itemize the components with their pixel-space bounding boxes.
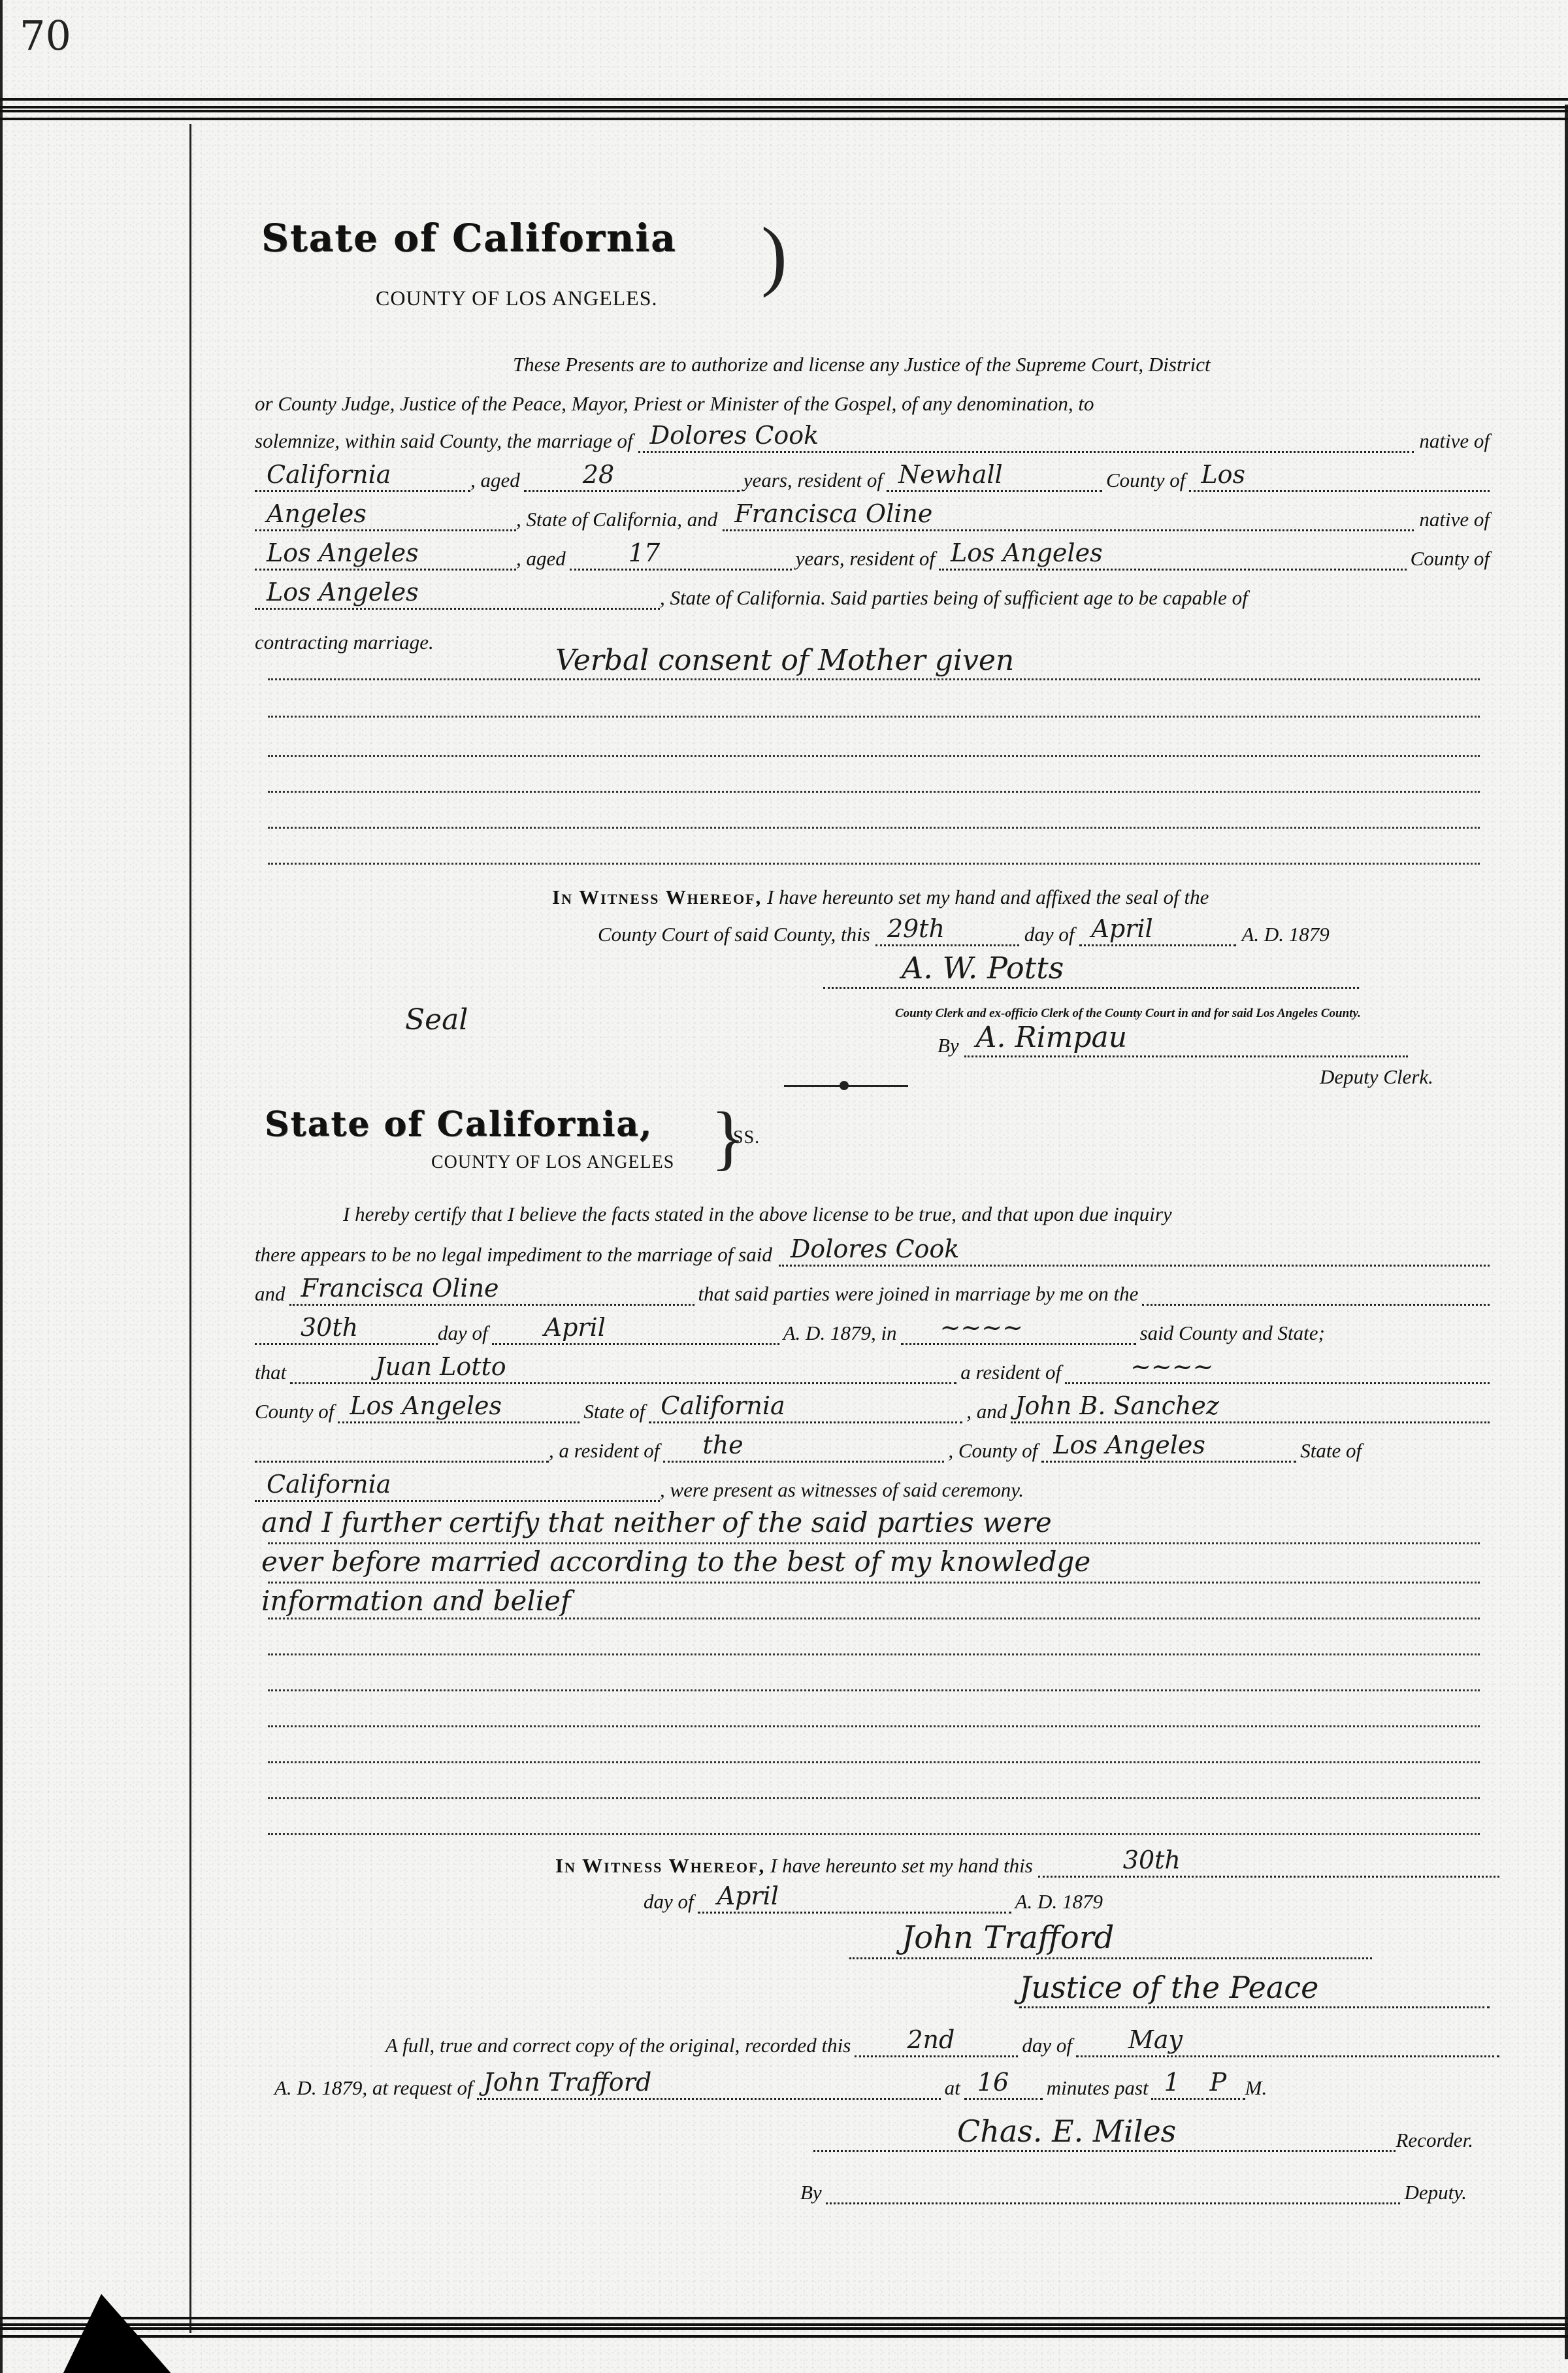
top-rule-band (0, 98, 1568, 120)
license-line-bride-details: Los Angeles , aged 17 years, resident of… (255, 542, 1490, 571)
deputy-clerk-line: By A. Rimpau (938, 1029, 1408, 1057)
clerk-signature: A. W. Potts (902, 950, 1064, 986)
groom-county-part1: Los (1201, 460, 1245, 489)
ruled-line (268, 1653, 1480, 1655)
license-preamble-2: or County Judge, Justice of the Peace, M… (255, 392, 1094, 416)
recording-day: 2nd (907, 2025, 955, 2054)
groom-native-of: California (267, 460, 391, 489)
officiant-signature: John Trafford (902, 1919, 1114, 1956)
witness-2-state: California (267, 1470, 391, 1499)
license-line-bride-county: Los Angeles , State of California. Said … (255, 582, 1490, 610)
section-divider-ornament (784, 1085, 908, 1087)
seal-note: Seal (405, 1003, 468, 1037)
certificate-sign-month: April (717, 1882, 779, 1910)
certificate-line-2: there appears to be no legal impediment … (255, 1238, 1490, 1267)
license-brace: ) (761, 216, 787, 294)
witness-2-name: John B. Sanchez (1015, 1391, 1219, 1420)
certificate-county: COUNTY OF LOS ANGELES (431, 1152, 674, 1173)
certificate-sign-day: 30th (1123, 1846, 1181, 1874)
additional-note-line-1: and I further certify that neither of th… (261, 1506, 1052, 1538)
bride-residence: Los Angeles (951, 539, 1103, 567)
ruled-line (268, 1582, 1480, 1584)
certificate-line-5: that Juan Lotto a resident of ~~~~ (255, 1356, 1490, 1384)
bride-age: 17 (629, 539, 660, 567)
license-heading: State of California (261, 216, 677, 260)
certificate-bride-name: Francisca Oline (301, 1274, 499, 1303)
ruled-line (268, 1833, 1480, 1835)
certificate-place: ~~~~ (940, 1313, 1023, 1342)
page-left-edge (0, 0, 3, 2373)
license-line-groom-details: California , aged 28 years, resident of … (255, 464, 1490, 492)
license-line-bride: Angeles , State of California, and Franc… (255, 503, 1490, 531)
ss-label: SS. (733, 1127, 760, 1148)
license-preamble-1: These Presents are to authorize and lice… (513, 353, 1211, 376)
additional-note-line-2: ever before married according to the bes… (261, 1546, 1090, 1578)
bride-county: Los Angeles (267, 578, 419, 606)
recording-hour: 1 (1164, 2068, 1180, 2097)
certificate-line-4: 30th day of April A. D. 1879, in ~~~~ sa… (255, 1317, 1490, 1345)
certificate-line-6: County of Los Angeles State of Californi… (255, 1395, 1490, 1423)
certificate-day: 30th (301, 1313, 358, 1342)
witness-2-residence: the (702, 1431, 743, 1459)
officiant-signature-line: John Trafford (849, 1931, 1372, 1959)
license-witness-line: In Witness Whereof, I have hereunto set … (552, 886, 1209, 909)
certificate-line-3: and Francisca Oline that said parties we… (255, 1278, 1490, 1306)
certificate-witness-line: In Witness Whereof, I have hereunto set … (555, 1850, 1499, 1878)
page-tab-shadow (62, 2294, 173, 2373)
groom-county-part2: Angeles (267, 499, 367, 528)
left-margin-rule (189, 124, 191, 2333)
certificate-heading: State of California, (265, 1104, 653, 1144)
officiant-title: Justice of the Peace (1019, 1970, 1318, 2005)
contracting-marriage-label: contracting marriage. (255, 631, 434, 654)
ruled-line (268, 1542, 1480, 1544)
license-line-groom: solemnize, within said County, the marri… (255, 425, 1490, 453)
recording-month: May (1128, 2025, 1183, 2054)
recording-requester: John Trafford (483, 2068, 652, 2097)
witness-1-name: Juan Lotto (375, 1352, 506, 1381)
consent-note: Verbal consent of Mother given (555, 644, 1014, 677)
officiant-title-line: Justice of the Peace (1019, 1980, 1490, 2008)
witness-2-county: Los Angeles (1053, 1431, 1205, 1459)
deputy-clerk-title: Deputy Clerk. (1320, 1065, 1433, 1089)
recorder-line: Chas. E. Miles Recorder. (813, 2124, 1473, 2152)
page-right-edge (1565, 105, 1568, 2359)
recording-line-2: A. D. 1879, at request of John Trafford … (274, 2072, 1463, 2100)
certificate-groom-name: Dolores Cook (791, 1235, 959, 1263)
bride-name: Francisca Oline (734, 499, 932, 528)
page-number: 70 (20, 12, 71, 59)
license-county: COUNTY OF LOS ANGELES. (376, 286, 658, 310)
recording-deputy-line: By Deputy. (800, 2176, 1467, 2204)
deputy-clerk-signature: A. Rimpau (976, 1021, 1127, 1054)
clerk-signature-line: A. W. Potts (823, 961, 1359, 989)
ruled-line (268, 1725, 1480, 1727)
groom-name: Dolores Cook (650, 421, 819, 450)
license-date-line: County Court of said County, this 29th d… (598, 918, 1499, 946)
ruled-line (268, 791, 1480, 793)
ruled-line (268, 755, 1480, 757)
certificate-line-1: I hereby certify that I believe the fact… (343, 1203, 1172, 1226)
clerk-title: County Clerk and ex-officio Clerk of the… (895, 1006, 1361, 1021)
recording-meridiem: P (1210, 2068, 1227, 2097)
certificate-line-7: , a resident of the , County of Los Ange… (255, 1435, 1490, 1463)
witness-1-state: California (661, 1391, 785, 1420)
certificate-line-8: California , were present as witnesses o… (255, 1474, 1490, 1502)
bride-native-of: Los Angeles (267, 539, 419, 567)
additional-note-line-3: information and belief (261, 1585, 571, 1617)
groom-residence: Newhall (898, 460, 1003, 489)
license-day: 29th (887, 914, 945, 943)
groom-age: 28 (583, 460, 614, 489)
certificate-sign-date-line: day of April A. D. 1879 (644, 1885, 1232, 1914)
recording-minutes: 16 (977, 2068, 1009, 2097)
license-month: April (1091, 914, 1152, 943)
ruled-line (268, 863, 1480, 865)
certificate-month: April (544, 1313, 606, 1342)
ruled-line (268, 1797, 1480, 1799)
ruled-line (268, 716, 1480, 718)
witness-1-residence: ~~~~ (1130, 1352, 1213, 1381)
ruled-line (268, 1689, 1480, 1691)
recorder-signature: Chas. E. Miles (957, 2114, 1176, 2149)
ruled-line (268, 678, 1480, 680)
ruled-line (268, 1618, 1480, 1619)
recording-line-1: A full, true and correct copy of the ori… (385, 2029, 1499, 2057)
ruled-line (268, 827, 1480, 829)
ruled-line (268, 1761, 1480, 1763)
witness-1-county: Los Angeles (350, 1391, 502, 1420)
bottom-rule-band (0, 2317, 1568, 2339)
